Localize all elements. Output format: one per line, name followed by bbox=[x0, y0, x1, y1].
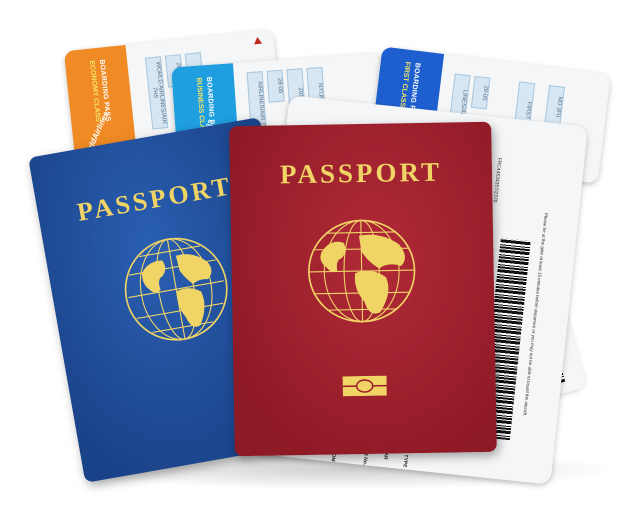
globe-icon bbox=[112, 225, 239, 352]
ticket-field: 28-05 bbox=[471, 76, 491, 110]
ticket-field: WORLD AIRLINES/AIR 7H5 bbox=[145, 56, 168, 129]
globe-icon bbox=[295, 215, 429, 327]
ticket-field: 28-05 bbox=[267, 70, 285, 103]
passport-red: PASSPORT bbox=[229, 122, 497, 457]
biometric-chip-icon bbox=[343, 376, 387, 397]
scene: BOARDING PASS FIRST CLASS BOARDING PASS … bbox=[0, 0, 640, 522]
field-label: TYPE bbox=[401, 454, 408, 468]
passport-title: PASSPORT bbox=[230, 156, 493, 192]
triangle-marker-icon bbox=[253, 37, 262, 45]
ticket-number: FRC44534357/2370 bbox=[492, 157, 503, 202]
